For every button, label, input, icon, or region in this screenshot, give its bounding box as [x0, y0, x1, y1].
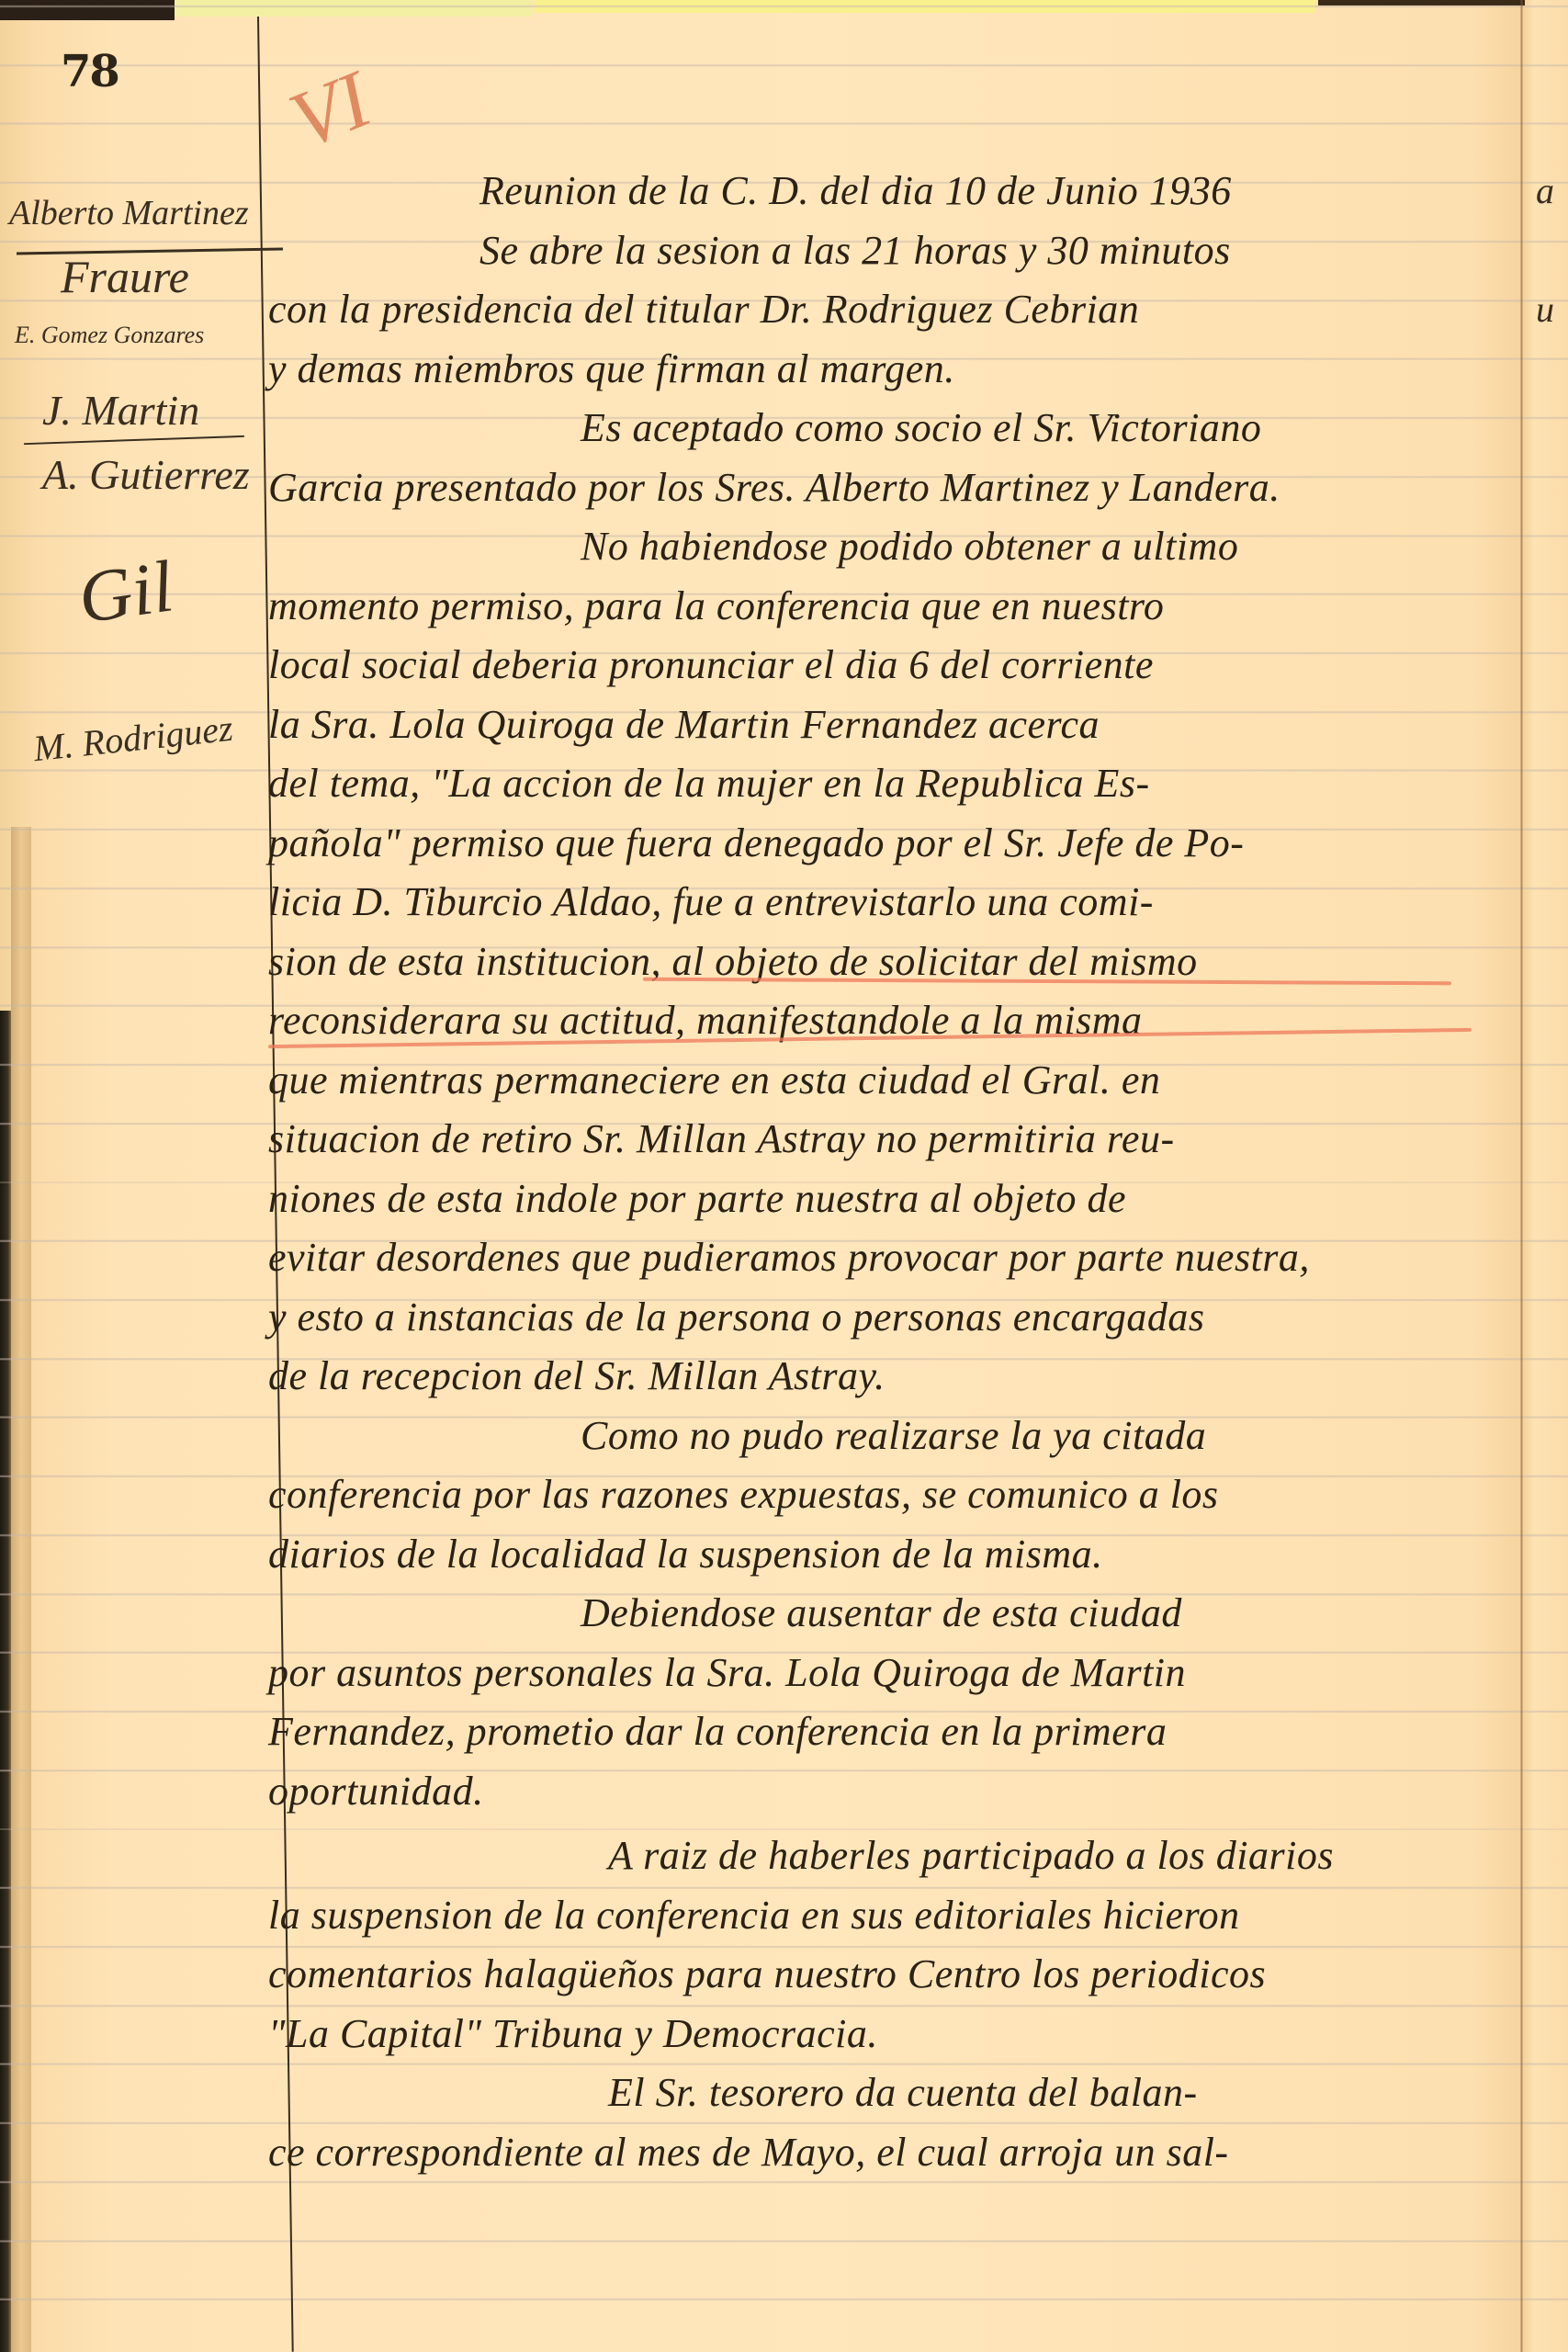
text-line: licia D. Tiburcio Aldao, fue a entrevist…: [268, 873, 1517, 933]
paragraph-start: No habiendose podido obtener a ultimo: [268, 517, 1517, 577]
text-line: del tema, "La accion de la mujer en la R…: [268, 754, 1517, 814]
paragraph-start: El Sr. tesorero da cuenta del balan-: [268, 2064, 1517, 2123]
text-line: Se abre la sesion a las 21 horas y 30 mi…: [268, 221, 1517, 281]
text-line: oportunidad.: [268, 1762, 1517, 1822]
text-line: de la recepcion del Sr. Millan Astray.: [268, 1347, 1517, 1407]
signature: Gil: [73, 545, 178, 640]
text-line: situacion de retiro Sr. Millan Astray no…: [268, 1110, 1517, 1170]
text-line: niones de esta indole por parte nuestra …: [268, 1170, 1517, 1229]
text-line: y demas miembros que firman al margen.: [268, 340, 1517, 400]
text-line: local social deberia pronunciar el dia 6…: [268, 636, 1517, 695]
text-line: momento permiso, para la conferencia que…: [268, 577, 1517, 637]
text-line: "La Capital" Tribuna y Democracia.: [268, 2005, 1517, 2064]
text-line: evitar desordenes que pudieramos provoca…: [268, 1228, 1517, 1288]
signature: E. Gomez Gonzares: [15, 322, 204, 349]
text-line: diarios de la localidad la suspension de…: [268, 1525, 1517, 1585]
paragraph-start: A raiz de haberles participado a los dia…: [268, 1826, 1517, 1886]
text-line: que mientras permaneciere en esta ciudad…: [268, 1051, 1517, 1111]
paragraph-start: Como no pudo realizarse la ya citada: [268, 1407, 1517, 1466]
text-line: Garcia presentado por los Sres. Alberto …: [268, 458, 1517, 518]
minutes-body: Reunion de la C. D. del dia 10 de Junio …: [268, 162, 1517, 2182]
text-line: ce correspondiente al mes de Mayo, el cu…: [268, 2123, 1517, 2183]
text-line: y esto a instancias de la persona o pers…: [268, 1288, 1517, 1348]
text-line: con la presidencia del titular Dr. Rodri…: [268, 280, 1517, 340]
text-line: la suspension de la conferencia en sus e…: [268, 1886, 1517, 1946]
text-line: comentarios halagüeños para nuestro Cent…: [268, 1945, 1517, 2005]
facing-fragment: u: [1536, 280, 1568, 340]
page-fold: [1520, 0, 1523, 2352]
page-number: 78: [61, 46, 118, 97]
signature: Alberto Martinez: [9, 193, 249, 233]
text-line: conferencia por las razones expuestas, s…: [268, 1465, 1517, 1525]
ledger-page: 78 VI Alberto Martinez Fraure E. Gomez G…: [0, 0, 1568, 2352]
text-line: la Sra. Lola Quiroga de Martin Fernandez…: [268, 695, 1517, 755]
signature: A. Gutierrez: [42, 450, 250, 499]
facing-page-fragments: a u: [1536, 162, 1568, 340]
text-line: por asuntos personales la Sra. Lola Quir…: [268, 1644, 1517, 1703]
text-line: pañola" permiso que fuera denegado por e…: [268, 814, 1517, 874]
signature: Fraure: [61, 250, 189, 303]
text-line: Fernandez, prometio dar la conferencia e…: [268, 1702, 1517, 1762]
paragraph-start: Es aceptado como socio el Sr. Victoriano: [268, 399, 1517, 458]
signature: J. Martin: [42, 386, 199, 435]
minutes-heading: Reunion de la C. D. del dia 10 de Junio …: [268, 162, 1517, 221]
paragraph-start: Debiendose ausentar de esta ciudad: [268, 1584, 1517, 1644]
facing-fragment: [1536, 221, 1568, 281]
facing-fragment: a: [1536, 162, 1568, 221]
